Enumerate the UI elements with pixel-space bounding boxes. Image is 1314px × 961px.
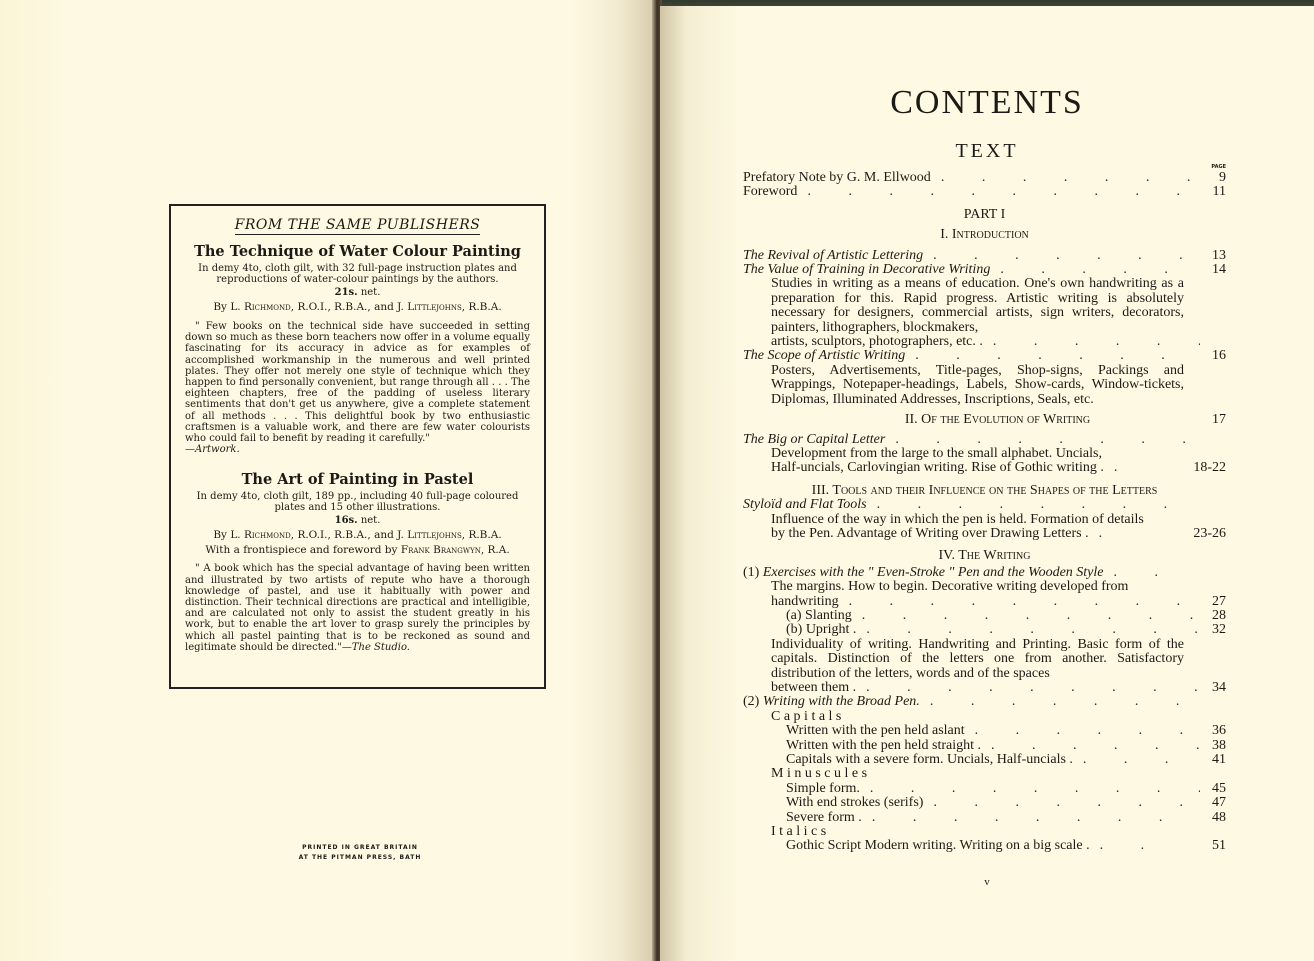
entry-description-last: by the Pen. Advantage of Writing over Dr… — [743, 527, 1226, 541]
entry-description: Studies in writing as a means of educati… — [743, 277, 1226, 335]
toc-entry: (1) Exercises with the " Even-Stroke " P… — [743, 566, 1226, 580]
chapter-heading: I. Introduction — [743, 228, 1226, 242]
toc-entry: The Scope of Artistic Writing. . . . . .… — [743, 349, 1226, 363]
review-quote: " A book which has the special advantage… — [185, 563, 530, 653]
left-page: FROM THE SAME PUBLISHERS The Technique o… — [0, 0, 652, 961]
table-of-contents: Prefatory Note by G. M. Ellwood. . . . .… — [743, 171, 1226, 854]
book-title: The Art of Painting in Pastel — [185, 471, 530, 488]
entry-description: Development from the large to the small … — [743, 447, 1226, 461]
book-price: 21s. net. — [185, 287, 530, 298]
book-listing-watercolour: The Technique of Water Colour Painting I… — [185, 243, 530, 455]
toc-entry: Capitals with a severe form. Uncials, Ha… — [743, 753, 1226, 767]
group-heading: Italics — [743, 825, 1226, 839]
right-page: CONTENTS TEXT PAGE Prefatory Note by G. … — [660, 6, 1314, 961]
toc-entry: Written with the pen held straight .. . … — [743, 739, 1226, 753]
toc-entry: Prefatory Note by G. M. Ellwood. . . . .… — [743, 171, 1226, 185]
toc-entry: handwriting. . . . . . . . . . . . . . .… — [743, 595, 1226, 609]
chapter-heading: II. Of the Evolution of Writing — [743, 413, 1212, 427]
chapter-heading-row: II. Of the Evolution of Writing17 — [743, 413, 1226, 427]
entry-description: The margins. How to begin. Decorative wr… — [743, 580, 1226, 594]
entry-description: Posters, Advertisements, Title-pages, Sh… — [743, 364, 1226, 407]
toc-entry: Severe form .. . . . . . . . . . . . . .… — [743, 811, 1226, 825]
group-heading: Capitals — [743, 710, 1226, 724]
printer-imprint: PRINTED IN GREAT BRITAIN AT THE PITMAN P… — [270, 843, 450, 863]
toc-entry: The Big or Capital Letter. . . . . . . .… — [743, 433, 1226, 447]
toc-entry: between them .. . . . . . . . . . . . . … — [743, 681, 1226, 695]
toc-entry: Simple form.. . . . . . . . . . . . . . … — [743, 782, 1226, 796]
section-heading: TEXT — [660, 140, 1314, 163]
toc-entry: Written with the pen held aslant. . . . … — [743, 724, 1226, 738]
part-heading: PART I — [743, 208, 1226, 222]
chapter-heading: IV. The Writing — [743, 549, 1226, 563]
toc-entry: The Value of Training in Decorative Writ… — [743, 263, 1226, 277]
book-spread: FROM THE SAME PUBLISHERS The Technique o… — [0, 0, 1314, 961]
page-title: CONTENTS — [660, 84, 1314, 122]
book-listing-pastel: The Art of Painting in Pastel In demy 4t… — [185, 471, 530, 653]
book-authors: By L. Richmond, R.O.I., R.B.A., and J. L… — [185, 301, 530, 313]
book-description: In demy 4to, cloth gilt, with 32 full-pa… — [185, 263, 530, 285]
entry-description-last: Half-uncials, Carlovingian writing. Rise… — [743, 461, 1226, 475]
page-number: v — [660, 876, 1314, 888]
toc-entry: Styloïd and Flat Tools. . . . . . . . . … — [743, 498, 1226, 512]
book-description: In demy 4to, cloth gilt, 189 pp., includ… — [185, 491, 530, 513]
ad-heading: FROM THE SAME PUBLISHERS — [185, 217, 530, 233]
review-source: —Artwork. — [185, 444, 240, 455]
entry-description-last: artists, sculptors, photographers, etc. … — [743, 335, 1226, 349]
toc-entry: (2) Writing with the Broad Pen.. . . . .… — [743, 695, 1226, 709]
toc-entry: The Revival of Artistic Lettering. . . .… — [743, 249, 1226, 263]
publisher-advertisement: FROM THE SAME PUBLISHERS The Technique o… — [169, 204, 546, 689]
book-price: 16s. net. — [185, 515, 530, 526]
toc-entry: Gothic Script Modern writing. Writing on… — [743, 839, 1226, 853]
toc-entry: (b) Upright .. . . . . . . . . . . . . .… — [743, 623, 1226, 637]
chapter-heading: III. Tools and their Influence on the Sh… — [743, 484, 1226, 498]
book-title: The Technique of Water Colour Painting — [185, 243, 530, 260]
review-quote: " Few books on the technical side have s… — [185, 321, 530, 455]
entry-description: Individuality of writing. Handwriting an… — [743, 638, 1226, 681]
group-heading: Minuscules — [743, 767, 1226, 781]
toc-entry: Foreword. . . . . . . . . . . . . . . . … — [743, 185, 1226, 199]
entry-description: Influence of the way in which the pen is… — [743, 513, 1226, 527]
toc-entry: (a) Slanting. . . . . . . . . . . . . . … — [743, 609, 1226, 623]
review-source: —The Studio. — [342, 642, 410, 653]
toc-entry: With end strokes (serifs). . . . . . . .… — [743, 796, 1226, 810]
book-foreword-credit: With a frontispiece and foreword by Fran… — [185, 544, 530, 556]
book-authors: By L. Richmond, R.O.I., R.B.A., and J. L… — [185, 529, 530, 541]
